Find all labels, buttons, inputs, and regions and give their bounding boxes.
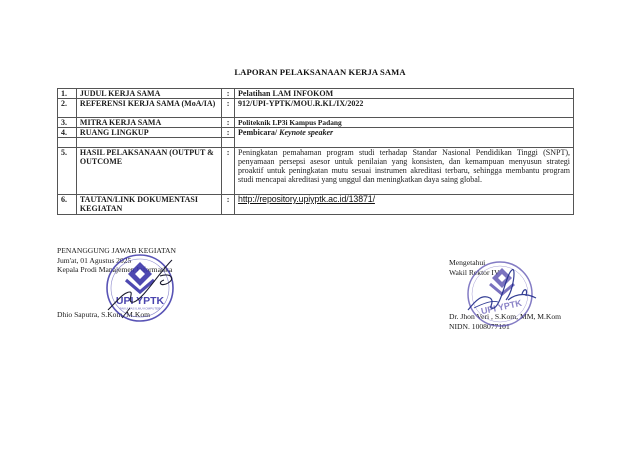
row-label: HASIL PELAKSANAAN (OUTPUT & OUTCOME (76, 148, 221, 195)
row-value-ruang-lingkup: Pembicara/ Keynote speaker (235, 128, 574, 148)
document-title: LAPORAN PELAKSANAAN KERJA SAMA (0, 67, 640, 77)
signature-position: Wakil Rektor IV (449, 268, 499, 278)
row-colon-empty (222, 138, 235, 148)
row-label: TAUTAN/LINK DOKUMENTASI KEGIATAN (76, 195, 221, 215)
row-label: REFERENSI KERJA SAMA (MoA/IA) (76, 99, 221, 118)
value-italic: Keynote speaker (279, 128, 333, 137)
row-colon: : (222, 89, 235, 99)
table-row: 5. HASIL PELAKSANAAN (OUTPUT & OUTCOME :… (58, 148, 574, 195)
svg-text:UPI YPTK: UPI YPTK (116, 295, 165, 307)
table-row: 1. JUDUL KERJA SAMA : Pelatihan LAM INFO… (58, 89, 574, 99)
signatory-name: Dhio Saputra, S.Kom, M.Kom (57, 310, 150, 320)
table-row: 4. RUANG LINGKUP : Pembicara/ Keynote sp… (58, 128, 574, 138)
row-label: RUANG LINGKUP (76, 128, 221, 138)
row-value-mitra: Politeknik LP3i Kampus Padang (235, 118, 574, 128)
signature-position: Kepala Prodi Manajemen Informatika (57, 265, 176, 275)
row-label-empty (76, 138, 221, 148)
row-number: 2. (58, 99, 77, 118)
signature-date: Jum'at, 01 Agustus 2025 (57, 256, 176, 266)
table-row: 3. MITRA KERJA SAMA : Politeknik LP3i Ka… (58, 118, 574, 128)
row-label: JUDUL KERJA SAMA (76, 89, 221, 99)
row-value-referensi: 912/UPI-YPTK/MOU.R.KL/IX/2022 (235, 99, 574, 118)
row-number: 1. (58, 89, 77, 99)
signature-heading: PENANGGUNG JAWAB KEGIATAN (57, 246, 176, 256)
row-value-hasil: Peningkatan pemahaman program studi terh… (235, 148, 574, 195)
row-value-link: http://repository.upiyptk.ac.id/13871/ (235, 195, 574, 215)
row-number: 3. (58, 118, 77, 128)
table-row: 6. TAUTAN/LINK DOKUMENTASI KEGIATAN : ht… (58, 195, 574, 215)
table-row: 2. REFERENSI KERJA SAMA (MoA/IA) : 912/U… (58, 99, 574, 118)
row-colon: : (222, 195, 235, 215)
row-colon: : (222, 99, 235, 118)
report-table: 1. JUDUL KERJA SAMA : Pelatihan LAM INFO… (57, 88, 574, 215)
signature-block-right: Mengetahui Wakil Rektor IV Dr. Jhon Veri… (449, 258, 499, 277)
row-number: 5. (58, 148, 77, 195)
row-label: MITRA KERJA SAMA (76, 118, 221, 128)
value-plain: Pembicara/ (238, 128, 279, 137)
signatory-nidn: NIDN. 1008077101 (449, 322, 561, 332)
row-number: 6. (58, 195, 77, 215)
row-number-empty (58, 138, 77, 148)
row-colon: : (222, 148, 235, 195)
row-number: 4. (58, 128, 77, 138)
signature-block-left: PENANGGUNG JAWAB KEGIATAN Jum'at, 01 Agu… (57, 246, 176, 275)
row-value-judul: Pelatihan LAM INFOKOM (235, 89, 574, 99)
signature-heading: Mengetahui (449, 258, 499, 268)
signatory-name: Dr. Jhon Veri , S.Kom, MM, M.Kom NIDN. 1… (449, 312, 561, 331)
documentation-link[interactable]: http://repository.upiyptk.ac.id/13871/ (238, 194, 375, 204)
row-colon: : (222, 128, 235, 138)
row-colon: : (222, 118, 235, 128)
